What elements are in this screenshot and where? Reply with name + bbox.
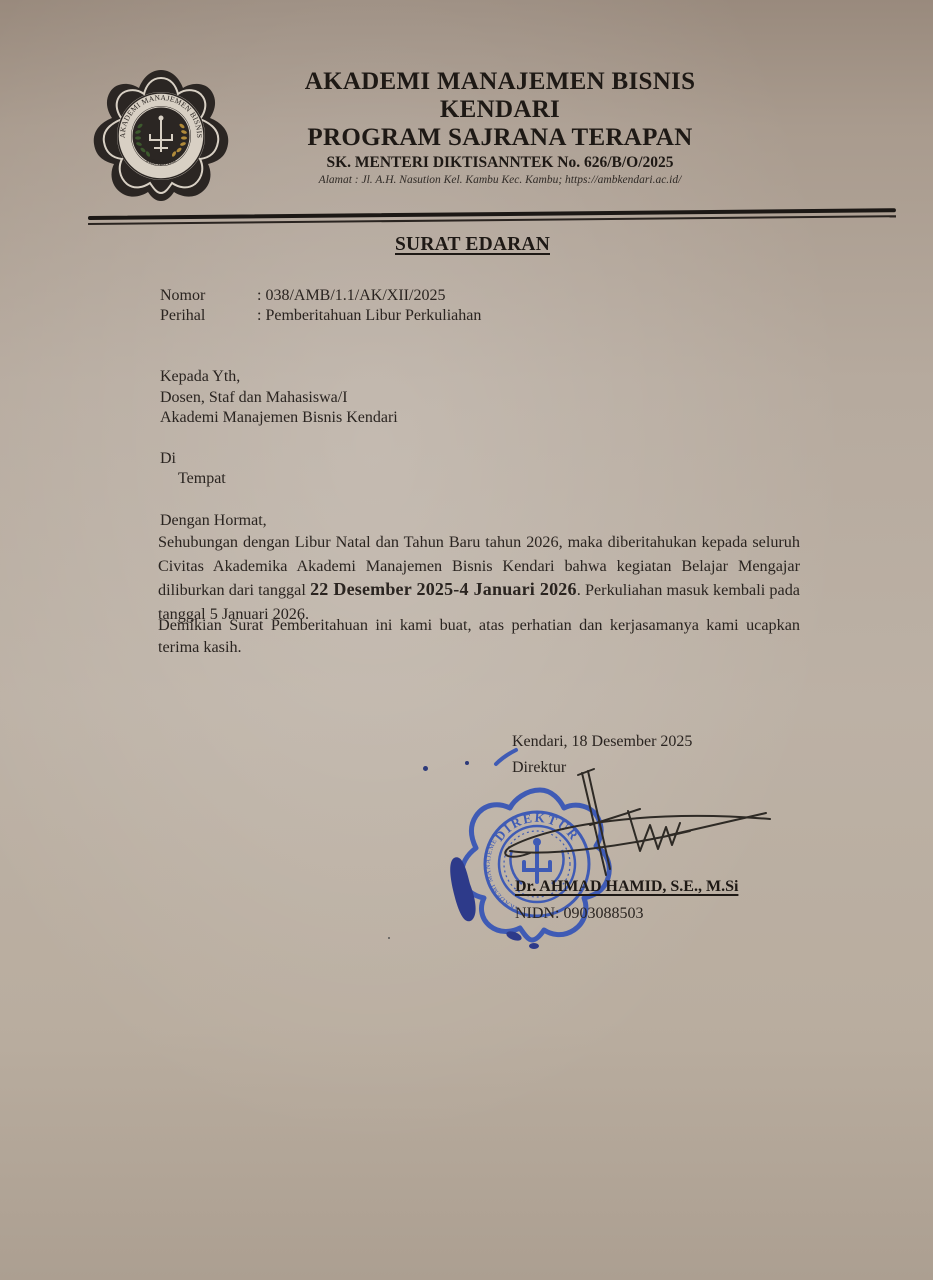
signature-position: Direktur xyxy=(512,759,566,777)
letterhead: AKADEMI MANAJEMEN BISNIS KENDARI PROGRAM… xyxy=(270,68,730,188)
ink-dot xyxy=(465,761,469,765)
location-tempat: Tempat xyxy=(178,469,226,490)
holiday-date-range: 22 Desember 2025-4 Januari 2026 xyxy=(310,579,577,599)
body-paragraph: Sehubungan dengan Libur Natal dan Tahun … xyxy=(158,531,800,626)
meta-row-number: Nomor : 038/AMB/1.1/AK/XII/2025 xyxy=(160,286,481,306)
institution-city: KENDARI xyxy=(270,96,730,124)
document-meta: Nomor : 038/AMB/1.1/AK/XII/2025 Perihal … xyxy=(160,286,481,326)
location-di: Di xyxy=(160,449,176,470)
svg-text:DIREKTUR: DIREKTUR xyxy=(491,810,582,844)
document-title: SURAT EDARAN xyxy=(0,234,933,256)
letterhead-divider xyxy=(88,206,896,228)
ink-dot xyxy=(388,937,390,939)
closing-paragraph: Demikian Surat Pemberitahuan ini kami bu… xyxy=(158,614,800,658)
official-stamp-icon: DIREKTUR AKADEMI MANAJEMEN BISNIS KENDAR… xyxy=(440,750,640,960)
decree-number: SK. MENTERI DIKTISANNTEK No. 626/B/O/202… xyxy=(270,153,730,173)
program-name: PROGRAM SAJRANA TERAPAN xyxy=(270,124,730,152)
recipient-greeting: Kepada Yth, xyxy=(160,367,398,388)
signature-place-date: Kendari, 18 Desember 2025 xyxy=(512,733,692,751)
signatory-name: Dr. AHMAD HAMID, S.E., M.Si xyxy=(515,878,738,896)
recipient-institution: Akademi Manajemen Bisnis Kendari xyxy=(160,408,398,429)
institution-name: AKADEMI MANAJEMEN BISNIS xyxy=(270,68,730,96)
meta-value: : 038/AMB/1.1/AK/XII/2025 xyxy=(257,286,445,306)
recipient-audience: Dosen, Staf dan Mahasiswa/I xyxy=(160,388,398,409)
meta-label: Nomor xyxy=(160,286,257,306)
meta-row-subject: Perihal : Pemberitahuan Libur Perkuliaha… xyxy=(160,306,481,326)
meta-value: : Pemberitahuan Libur Perkuliahan xyxy=(257,306,481,326)
svg-text:AKADEMI MANAJEMEN BISNIS KENDA: AKADEMI MANAJEMEN BISNIS KENDARI xyxy=(440,750,521,914)
institution-seal-icon: AKADEMI MANAJEMEN BISNIS KENDARI xyxy=(88,68,234,202)
salutation: Dengan Hormat, xyxy=(160,511,267,532)
meta-label: Perihal xyxy=(160,306,257,326)
signatory-nidn: NIDN: 0903088503 xyxy=(515,905,643,923)
recipient-block: Kepada Yth, Dosen, Staf dan Mahasiswa/I … xyxy=(160,367,398,429)
ink-dot xyxy=(423,766,428,771)
handwritten-signature-icon xyxy=(490,765,790,885)
institution-address: Alamat : Jl. A.H. Nasution Kel. Kambu Ke… xyxy=(270,173,730,188)
letter-page: AKADEMI MANAJEMEN BISNIS KENDARI xyxy=(0,0,933,1280)
